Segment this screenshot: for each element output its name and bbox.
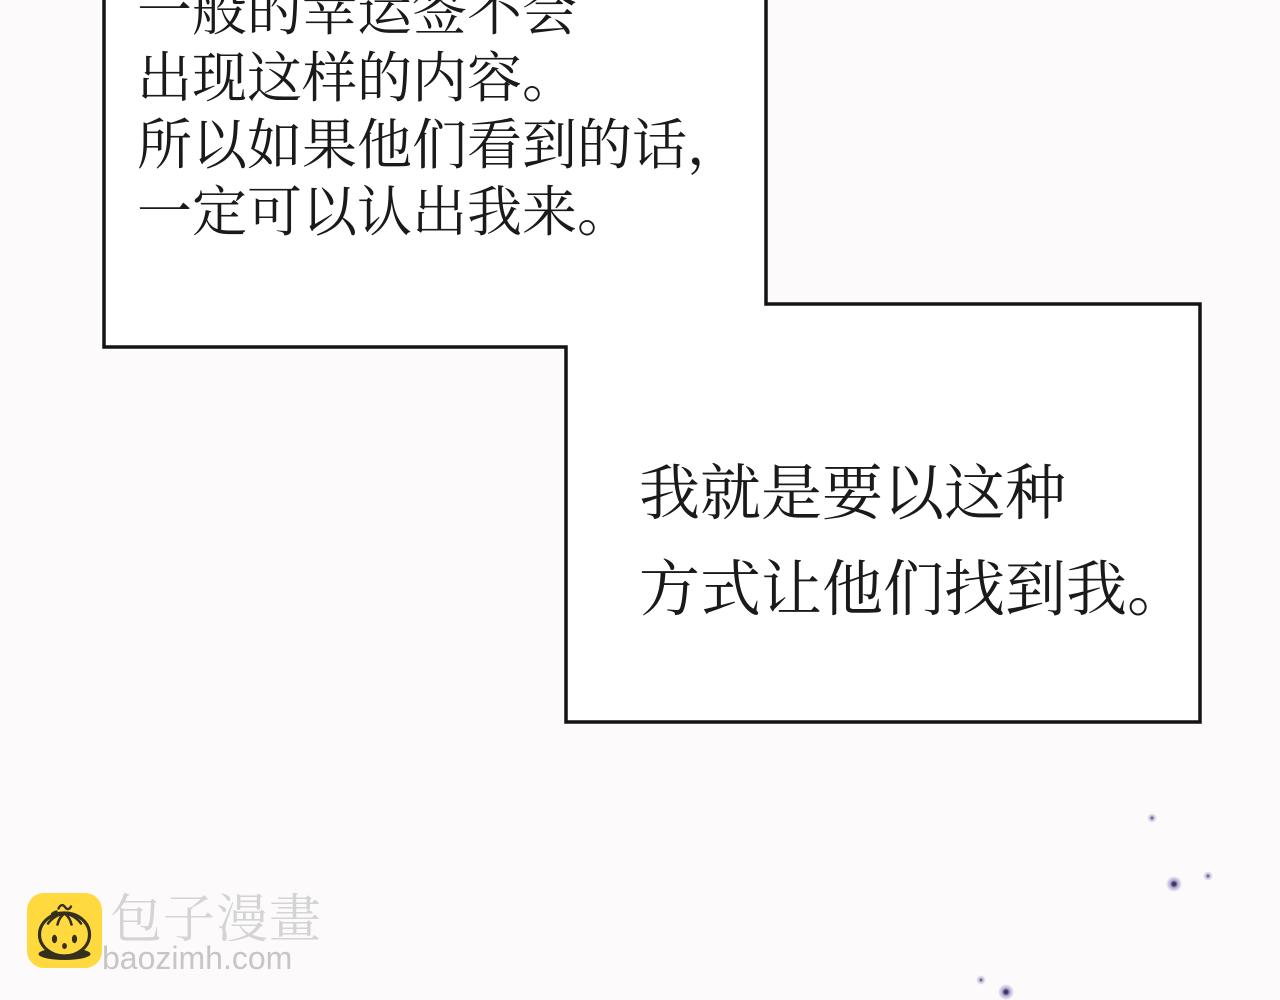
- bun-right-eye: [72, 935, 77, 943]
- speech-line: 方式让他们找到我。: [639, 541, 1188, 637]
- watermark-site-url: baozimh.com: [102, 941, 292, 975]
- bun-mouth: [62, 943, 67, 949]
- narration-panel-2-text: 我就是要以这种 方式让他们找到我。: [639, 445, 1188, 637]
- narration-panel-1-text: 一般的幸运签不会 出现这样的内容。 所以如果他们看到的话， 一定可以认出我来。: [137, 0, 742, 246]
- speech-line: 出现这样的内容。: [137, 45, 742, 112]
- bun-left-eye: [52, 935, 57, 943]
- bun-body: [40, 913, 90, 956]
- speech-line: 一般的幸运签不会: [137, 0, 742, 45]
- speech-line: 我就是要以这种: [639, 445, 1188, 541]
- speech-line: 一定可以认出我来。: [137, 179, 742, 246]
- baozi-bun-logo-icon: [27, 893, 102, 968]
- speech-line: 所以如果他们看到的话，: [137, 112, 742, 179]
- comic-page: 一般的幸运签不会 出现这样的内容。 所以如果他们看到的话， 一定可以认出我来。 …: [0, 0, 1280, 1000]
